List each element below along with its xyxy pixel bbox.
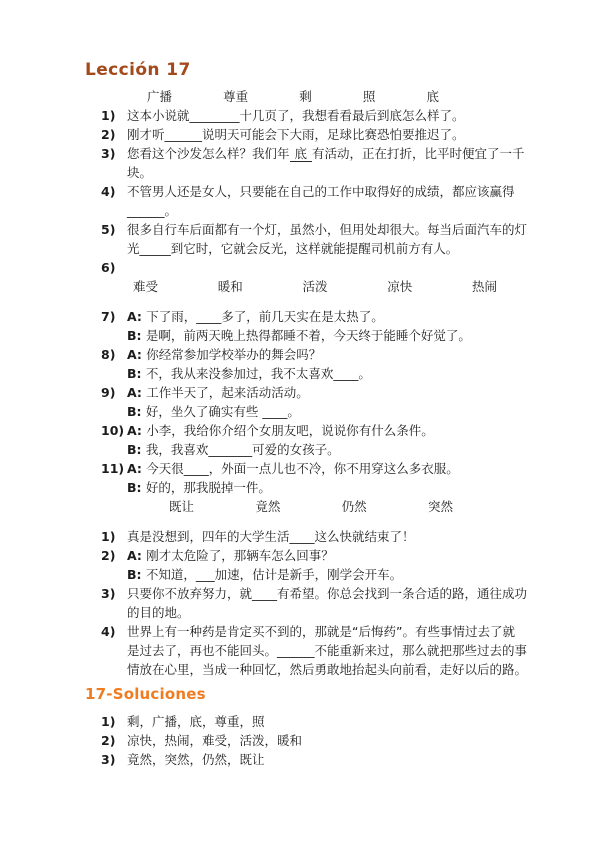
item-line: A: 你经常参加学校举办的舞会吗？ xyxy=(127,345,527,364)
word-bank-word: 底 xyxy=(426,87,439,106)
item-number: 1) xyxy=(101,106,127,125)
item-number: 4) xyxy=(101,622,127,679)
word-bank-word: 剩 xyxy=(299,87,312,106)
item-line: 剩，广播，底，尊重，照 xyxy=(127,712,527,731)
item-number: 5) xyxy=(101,220,127,258)
item-line: 世界上有一种药是肯定买不到的，那就是“后悔药”。有些事情过去了就 xyxy=(127,622,527,641)
word-bank-word: 照 xyxy=(363,87,376,106)
text-run: 您看这个沙发怎么样？我们年 xyxy=(127,146,290,161)
item-line: 真是没想到，四年的大学生活____这么快就结束了！ xyxy=(127,527,527,546)
solutions-heading: 17-Soluciones xyxy=(85,685,527,703)
exercise-list: 7)A: 下了雨，____多了，前几天实在是太热了。B: 是啊，前两天晚上热得都… xyxy=(101,307,527,497)
text-run: 好，坐久了确实有些 ____。 xyxy=(146,404,300,419)
item-line: A: 刚才太危险了，那辆车怎么回事？ xyxy=(127,546,527,565)
item-number: 1) xyxy=(101,712,127,731)
item-line: 刚才听______说明天可能会下大雨，足球比赛恐怕要推迟了。 xyxy=(127,125,527,144)
text-run: 剩，广播，底，尊重，照 xyxy=(127,714,265,729)
text-run: 情放在心里，当成一种回忆，然后勇敢地抬起头向前看，走好以后的路。 xyxy=(127,662,527,677)
item-content: A: 下了雨，____多了，前几天实在是太热了。B: 是啊，前两天晚上热得都睡不… xyxy=(127,307,527,345)
exercise-item: 1)真是没想到，四年的大学生活____这么快就结束了！ xyxy=(101,527,527,546)
item-content xyxy=(127,258,527,277)
item-content: 世界上有一种药是肯定买不到的，那就是“后悔药”。有些事情过去了就是过去了，再也不… xyxy=(127,622,527,679)
text-run: 你经常参加学校举办的舞会吗？ xyxy=(146,347,321,362)
item-line: 不管男人还是女人，只要能在自己的工作中取得好的成绩，都应该赢得 xyxy=(127,182,527,201)
item-line: 很多自行车后面都有一个灯，虽然小，但用处却很大。每当后面汽车的灯 xyxy=(127,220,527,239)
item-line: A: 今天很____，外面一点儿也不冷，你不用穿这么多衣服。 xyxy=(127,459,527,478)
text-run: 凉快，热闹，难受，活泼，暖和 xyxy=(127,733,302,748)
exercise-item: 10)A: 小李，我给你介绍个女朋友吧，说说你有什么条件。B: 我，我喜欢___… xyxy=(101,421,527,459)
speaker-label: B: xyxy=(127,567,146,582)
text-run: ______。 xyxy=(127,203,177,218)
item-line: 块。 xyxy=(127,163,527,182)
item-line: A: 工作半天了，起来活动活动。 xyxy=(127,383,527,402)
exercise-item: 7)A: 下了雨，____多了，前几天实在是太热了。B: 是啊，前两天晚上热得都… xyxy=(101,307,527,345)
text-run: 不管男人还是女人，只要能在自己的工作中取得好的成绩，都应该赢得 xyxy=(127,184,515,199)
item-line: ______。 xyxy=(127,201,527,220)
speaker-label: A: xyxy=(127,385,146,400)
item-line: 竟然，突然，仍然，既让 xyxy=(127,750,527,769)
item-number: 8) xyxy=(101,345,127,383)
document-page: Lección 17广播尊重剩照底1)这本小说就________十几页了，我想看… xyxy=(0,0,599,848)
word-bank-word: 尊重 xyxy=(223,87,248,106)
item-line: B: 我，我喜欢_______可爱的女孩子。 xyxy=(127,440,527,459)
text-run: 好的，那我脱掉一件。 xyxy=(146,480,271,495)
text-run: 刚才听______说明天可能会下大雨，足球比赛恐怕要推迟了。 xyxy=(127,127,465,142)
item-number: 10) xyxy=(101,421,127,459)
text-run: 今天很____，外面一点儿也不冷，你不用穿这么多衣服。 xyxy=(146,461,459,476)
item-number: 11) xyxy=(101,459,127,497)
text-run: 小李，我给你介绍个女朋友吧，说说你有什么条件。 xyxy=(146,423,434,438)
exercise-item: 6) xyxy=(101,258,527,277)
speaker-label: A: xyxy=(127,309,146,324)
item-line: 光_____到它时，它就会反光，这样就能提醒司机前方有人。 xyxy=(127,239,527,258)
item-line: B: 不知道，___加速，估计是新手，刚学会开车。 xyxy=(127,565,527,584)
text-run: 世界上有一种药是肯定买不到的，那就是“后悔药”。有些事情过去了就 xyxy=(127,624,515,639)
text-run: 是啊，前两天晚上热得都睡不着，今天终于能睡个好觉了。 xyxy=(146,328,471,343)
item-content: A: 今天很____，外面一点儿也不冷，你不用穿这么多衣服。B: 好的，那我脱掉… xyxy=(127,459,527,497)
text-run: 工作半天了，起来活动活动。 xyxy=(146,385,309,400)
item-number: 2) xyxy=(101,125,127,144)
speaker-label: A: xyxy=(127,461,146,476)
exercise-item: 3)您看这个沙发怎么样？我们年底有活动，正在打折，比平时便宜了一千块。 xyxy=(101,144,527,182)
word-bank-word: 突然 xyxy=(428,497,453,516)
item-content: 这本小说就________十几页了，我想看看最后到底怎么样了。 xyxy=(127,106,527,125)
solution-item: 3)竟然，突然，仍然，既让 xyxy=(101,750,527,769)
solutions-list: 1)剩，广播，底，尊重，照2)凉快，热闹，难受，活泼，暖和3)竟然，突然，仍然，… xyxy=(101,712,527,769)
speaker-label: B: xyxy=(127,442,146,457)
item-line: 只要你不放弃努力，就____有希望。你总会找到一条合适的路，通往成功 xyxy=(127,584,527,603)
item-content: 真是没想到，四年的大学生活____这么快就结束了！ xyxy=(127,527,527,546)
word-bank: 难受暖和活泼凉快热闹 xyxy=(85,277,527,296)
speaker-label: B: xyxy=(127,480,146,495)
item-content: 竟然，突然，仍然，既让 xyxy=(127,750,527,769)
text-run: 下了雨，____多了，前几天实在是太热了。 xyxy=(146,309,384,324)
item-line: 是过去了，再也不能回头。______不能重新来过，那么就把那些过去的事 xyxy=(127,641,527,660)
item-line: 这本小说就________十几页了，我想看看最后到底怎么样了。 xyxy=(127,106,527,125)
item-line: B: 不，我从来没参加过，我不太喜欢____。 xyxy=(127,364,527,383)
text-run: 我，我喜欢_______可爱的女孩子。 xyxy=(146,442,340,457)
item-content: 很多自行车后面都有一个灯，虽然小，但用处却很大。每当后面汽车的灯光_____到它… xyxy=(127,220,527,258)
item-line: B: 是啊，前两天晚上热得都睡不着，今天终于能睡个好觉了。 xyxy=(127,326,527,345)
text-run: 刚才太危险了，那辆车怎么回事？ xyxy=(146,548,334,563)
text-run: 不知道，___加速，估计是新手，刚学会开车。 xyxy=(146,567,402,582)
solution-item: 1)剩，广播，底，尊重，照 xyxy=(101,712,527,731)
item-number: 2) xyxy=(101,731,127,750)
item-number: 1) xyxy=(101,527,127,546)
text-run: 的目的地。 xyxy=(127,605,190,620)
item-content: 凉快，热闹，难受，活泼，暖和 xyxy=(127,731,527,750)
word-bank: 广播尊重剩照底 xyxy=(85,87,527,106)
text-run: 这本小说就________十几页了，我想看看最后到底怎么样了。 xyxy=(127,108,465,123)
word-bank-word: 仍然 xyxy=(342,497,367,516)
item-line: B: 好，坐久了确实有些 ____。 xyxy=(127,402,527,421)
text-run: 有活动，正在打折，比平时便宜了一千 xyxy=(312,146,525,161)
item-number: 3) xyxy=(101,144,127,182)
text-run: 是过去了，再也不能回头。______不能重新来过，那么就把那些过去的事 xyxy=(127,643,527,658)
word-bank-word: 活泼 xyxy=(302,277,327,296)
exercise-item: 4)世界上有一种药是肯定买不到的，那就是“后悔药”。有些事情过去了就是过去了，再… xyxy=(101,622,527,679)
speaker-label: B: xyxy=(127,366,146,381)
item-content: 您看这个沙发怎么样？我们年底有活动，正在打折，比平时便宜了一千块。 xyxy=(127,144,527,182)
item-content: A: 工作半天了，起来活动活动。B: 好，坐久了确实有些 ____。 xyxy=(127,383,527,421)
solution-item: 2)凉快，热闹，难受，活泼，暖和 xyxy=(101,731,527,750)
item-content: 只要你不放弃努力，就____有希望。你总会找到一条合适的路，通往成功的目的地。 xyxy=(127,584,527,622)
item-line: 的目的地。 xyxy=(127,603,527,622)
item-number: 3) xyxy=(101,750,127,769)
word-bank-word: 竟然 xyxy=(255,497,280,516)
underlined-answer: 底 xyxy=(290,146,313,162)
text-run: 块。 xyxy=(127,165,152,180)
word-bank-word: 暖和 xyxy=(218,277,243,296)
item-number: 4) xyxy=(101,182,127,220)
exercise-item: 3)只要你不放弃努力，就____有希望。你总会找到一条合适的路，通往成功的目的地… xyxy=(101,584,527,622)
item-content: A: 刚才太危险了，那辆车怎么回事？B: 不知道，___加速，估计是新手，刚学会… xyxy=(127,546,527,584)
word-bank-word: 热闹 xyxy=(472,277,497,296)
exercise-list: 1)真是没想到，四年的大学生活____这么快就结束了！2)A: 刚才太危险了，那… xyxy=(101,527,527,679)
lesson-title: Lección 17 xyxy=(85,60,527,80)
item-content: 不管男人还是女人，只要能在自己的工作中取得好的成绩，都应该赢得______。 xyxy=(127,182,527,220)
word-bank: 既让竟然仍然突然 xyxy=(85,497,527,516)
item-line: 凉快，热闹，难受，活泼，暖和 xyxy=(127,731,527,750)
word-bank-word: 凉快 xyxy=(387,277,412,296)
exercise-item: 5)很多自行车后面都有一个灯，虽然小，但用处却很大。每当后面汽车的灯光_____… xyxy=(101,220,527,258)
speaker-label: B: xyxy=(127,328,146,343)
item-number: 7) xyxy=(101,307,127,345)
item-number: 3) xyxy=(101,584,127,622)
item-number: 9) xyxy=(101,383,127,421)
item-content: A: 小李，我给你介绍个女朋友吧，说说你有什么条件。B: 我，我喜欢______… xyxy=(127,421,527,459)
text-run: 竟然，突然，仍然，既让 xyxy=(127,752,265,767)
exercise-item: 2)A: 刚才太危险了，那辆车怎么回事？B: 不知道，___加速，估计是新手，刚… xyxy=(101,546,527,584)
speaker-label: B: xyxy=(127,404,146,419)
text-run: 真是没想到，四年的大学生活____这么快就结束了！ xyxy=(127,529,415,544)
exercise-item: 1)这本小说就________十几页了，我想看看最后到底怎么样了。 xyxy=(101,106,527,125)
item-line: B: 好的，那我脱掉一件。 xyxy=(127,478,527,497)
word-bank-word: 广播 xyxy=(147,87,172,106)
item-line: A: 小李，我给你介绍个女朋友吧，说说你有什么条件。 xyxy=(127,421,527,440)
item-line: 情放在心里，当成一种回忆，然后勇敢地抬起头向前看，走好以后的路。 xyxy=(127,660,527,679)
speaker-label: A: xyxy=(127,548,146,563)
speaker-label: A: xyxy=(127,347,146,362)
item-number: 6) xyxy=(101,258,127,277)
exercise-item: 8)A: 你经常参加学校举办的舞会吗？B: 不，我从来没参加过，我不太喜欢___… xyxy=(101,345,527,383)
text-run: 很多自行车后面都有一个灯，虽然小，但用处却很大。每当后面汽车的灯 xyxy=(127,222,527,237)
exercise-list: 1)这本小说就________十几页了，我想看看最后到底怎么样了。2)刚才听__… xyxy=(101,106,527,277)
item-content: 剩，广播，底，尊重，照 xyxy=(127,712,527,731)
exercise-item: 4)不管男人还是女人，只要能在自己的工作中取得好的成绩，都应该赢得______。 xyxy=(101,182,527,220)
text-run: 不，我从来没参加过，我不太喜欢____。 xyxy=(146,366,371,381)
exercise-item: 11)A: 今天很____，外面一点儿也不冷，你不用穿这么多衣服。B: 好的，那… xyxy=(101,459,527,497)
exercise-item: 2)刚才听______说明天可能会下大雨，足球比赛恐怕要推迟了。 xyxy=(101,125,527,144)
speaker-label: A: xyxy=(127,423,146,438)
text-run: 只要你不放弃努力，就____有希望。你总会找到一条合适的路，通往成功 xyxy=(127,586,527,601)
word-bank-word: 既让 xyxy=(169,497,194,516)
document-content: Lección 17广播尊重剩照底1)这本小说就________十几页了，我想看… xyxy=(85,60,527,769)
text-run: 光_____到它时，它就会反光，这样就能提醒司机前方有人。 xyxy=(127,241,458,256)
word-bank-word: 难受 xyxy=(133,277,158,296)
item-content: 刚才听______说明天可能会下大雨，足球比赛恐怕要推迟了。 xyxy=(127,125,527,144)
item-content: A: 你经常参加学校举办的舞会吗？B: 不，我从来没参加过，我不太喜欢____。 xyxy=(127,345,527,383)
item-line: A: 下了雨，____多了，前几天实在是太热了。 xyxy=(127,307,527,326)
item-line: 您看这个沙发怎么样？我们年底有活动，正在打折，比平时便宜了一千 xyxy=(127,144,527,163)
item-number: 2) xyxy=(101,546,127,584)
exercise-item: 9)A: 工作半天了，起来活动活动。B: 好，坐久了确实有些 ____。 xyxy=(101,383,527,421)
